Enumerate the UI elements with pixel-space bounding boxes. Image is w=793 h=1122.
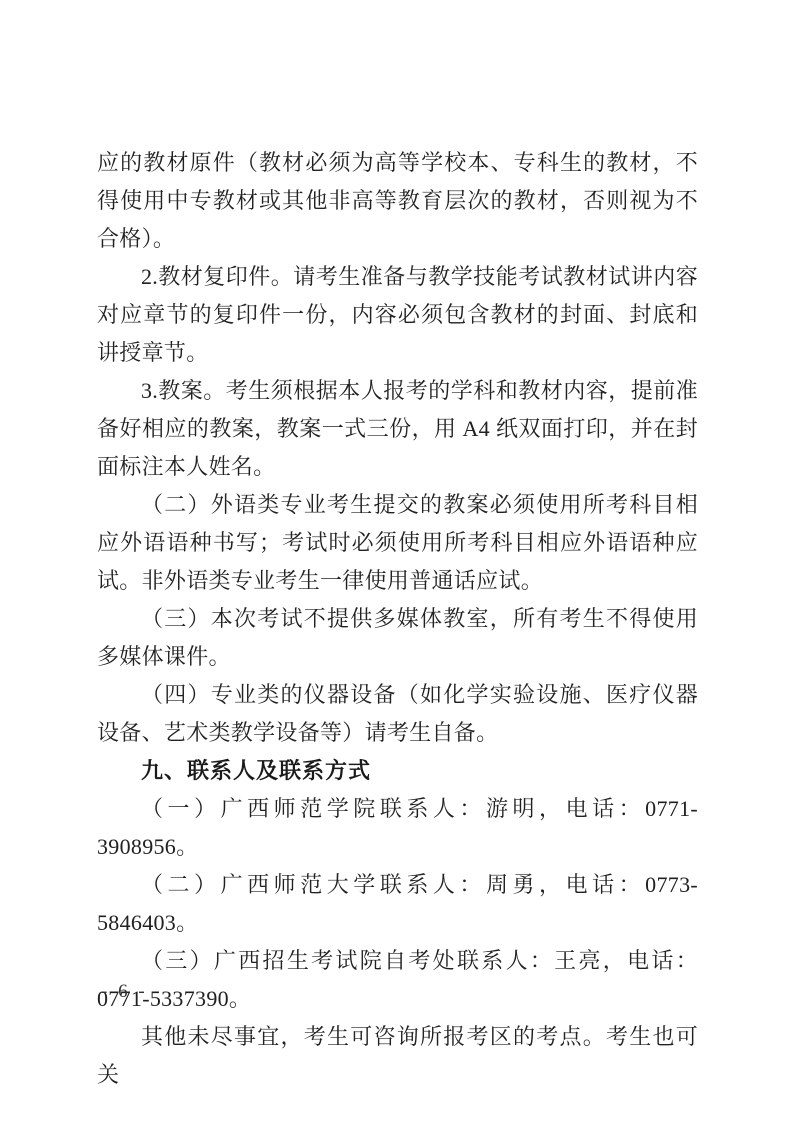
document-page: 应的教材原件（教材必须为高等学校本、专科生的教材，不得使用中专教材或其他非高等教… [0, 0, 793, 1122]
paragraph-clause-4: （四）专业类的仪器设备（如化学实验设施、医疗仪器设备、艺术类教学设备等）请考生自… [97, 676, 698, 752]
paragraph-item-3: 3.教案。考生须根据本人报考的学科和教材内容，提前准备好相应的教案，教案一式三份… [97, 372, 698, 486]
page-number: - 6 - [101, 980, 148, 1004]
document-body: 应的教材原件（教材必须为高等学校本、专科生的教材，不得使用中专教材或其他非高等教… [97, 144, 698, 1094]
paragraph-continuation: 应的教材原件（教材必须为高等学校本、专科生的教材，不得使用中专教材或其他非高等教… [97, 144, 698, 258]
paragraph-item-2: 2.教材复印件。请考生准备与教学技能考试教材试讲内容对应章节的复印件一份，内容必… [97, 258, 698, 372]
paragraph-clause-3: （三）本次考试不提供多媒体教室，所有考生不得使用多媒体课件。 [97, 600, 698, 676]
paragraph-clause-2: （二）外语类专业考生提交的教案必须使用所考科目相应外语语种书写；考试时必须使用所… [97, 486, 698, 600]
paragraph-contact-2: （二）广西师范大学联系人：周勇，电话：0773-5846403。 [97, 866, 698, 942]
paragraph-contact-1: （一）广西师范学院联系人：游明，电话：0771-3908956。 [97, 790, 698, 866]
paragraph-contact-3: （三）广西招生考试院自考处联系人：王亮，电话：0771-5337390。 [97, 942, 698, 1018]
section-heading-contacts: 九、联系人及联系方式 [97, 752, 698, 790]
paragraph-closing-note: 其他未尽事宜，考生可咨询所报考区的考点。考生也可关 [97, 1018, 698, 1094]
